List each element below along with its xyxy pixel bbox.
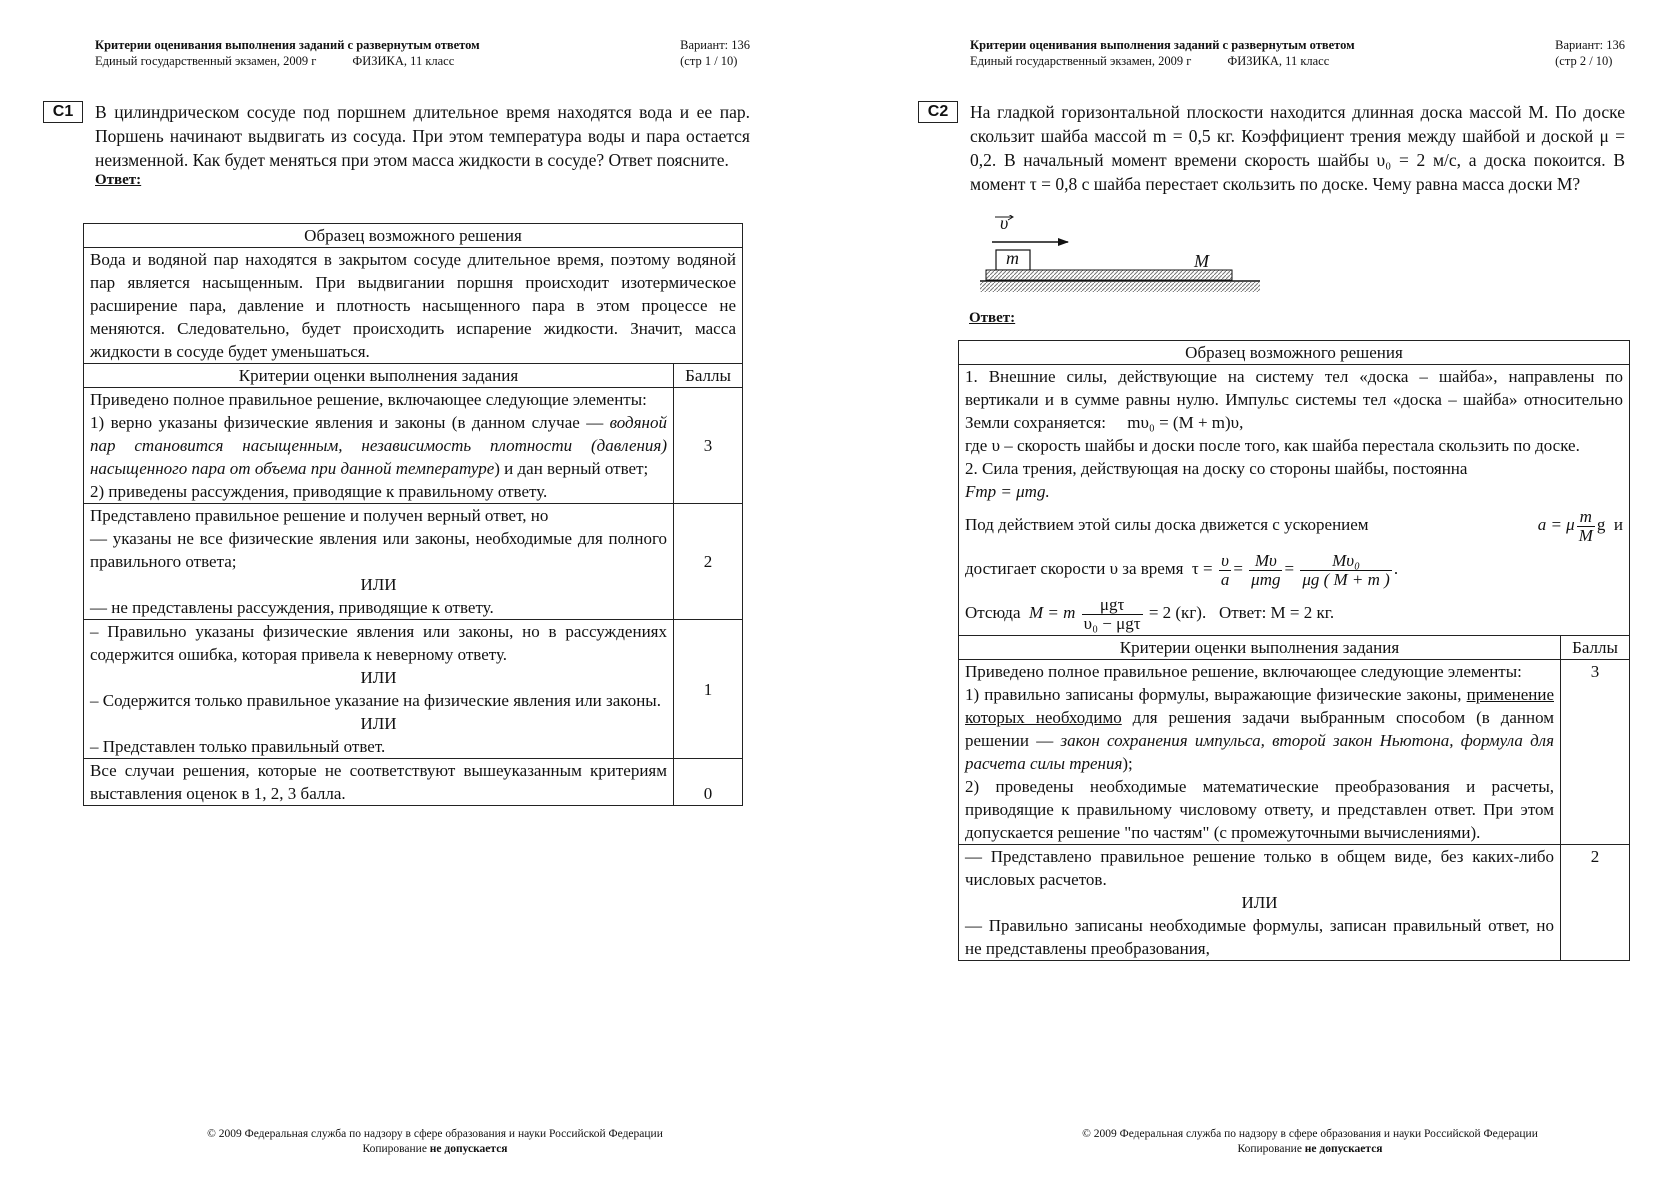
criteria-text: — Правильно записаны необходимые формулы… bbox=[965, 914, 1554, 960]
criteria-text: — указаны не все физические явления или … bbox=[90, 527, 667, 573]
score-column-header: Баллы bbox=[1561, 636, 1630, 660]
solution-text: где υ – скорость шайбы и доски после тог… bbox=[965, 434, 1623, 457]
or-separator: ИЛИ bbox=[90, 573, 667, 596]
header-page-number: (стр 2 / 10) bbox=[1555, 53, 1625, 69]
solution-body: 1. Внешние силы, действующие на систему … bbox=[959, 365, 1630, 636]
criteria-row: Приведено полное правильное решение, вкл… bbox=[959, 660, 1630, 845]
header-exam: Единый государственный экзамен, 2009 г bbox=[970, 54, 1191, 68]
solution-criteria-table: Образец возможного решения Вода и водяно… bbox=[83, 223, 743, 806]
velocity-label: υ bbox=[1000, 213, 1008, 234]
solution-heading: Образец возможного решения bbox=[959, 341, 1630, 365]
task-text: В цилиндрическом сосуде под поршнем длит… bbox=[95, 100, 750, 172]
or-separator: ИЛИ bbox=[90, 666, 667, 689]
board-label: M bbox=[1194, 251, 1209, 272]
criteria-column-header: Критерии оценки выполнения задания bbox=[84, 364, 674, 388]
criteria-row: – Правильно указаны физические явления и… bbox=[84, 620, 743, 759]
solution-text: Вода и водяной пар находятся в закрытом … bbox=[84, 248, 743, 364]
header-subject: ФИЗИКА, 11 класс bbox=[1227, 54, 1329, 68]
criteria-row: — Представлено правильное решение только… bbox=[959, 845, 1630, 961]
criteria-row: Приведено полное правильное решение, вкл… bbox=[84, 388, 743, 504]
friction-formula: Fтр = μmg. bbox=[965, 480, 1623, 503]
solution-heading: Образец возможного решения bbox=[84, 224, 743, 248]
task-id-badge: C1 bbox=[43, 101, 83, 123]
score-value: 2 bbox=[1561, 845, 1630, 961]
answer-label: Ответ: bbox=[95, 172, 750, 189]
criteria-row: Представлено правильное решение и получе… bbox=[84, 504, 743, 620]
task-text: На гладкой горизонтальной плоскости нахо… bbox=[970, 100, 1625, 196]
final-answer: Ответ: M = 2 кг. bbox=[1219, 603, 1334, 622]
page-header: Критерии оценивания выполнения заданий с… bbox=[95, 37, 750, 69]
page-1: Критерии оценивания выполнения заданий с… bbox=[85, 0, 885, 1187]
criteria-text: – Содержится только правильное указание … bbox=[90, 689, 667, 712]
score-value: 2 bbox=[674, 504, 743, 620]
score-value: 3 bbox=[674, 388, 743, 504]
criteria-column-header: Критерии оценки выполнения задания bbox=[959, 636, 1561, 660]
solution-step-2: 2. Сила трения, действующая на доску со … bbox=[965, 457, 1623, 480]
header-exam: Единый государственный экзамен, 2009 г bbox=[95, 54, 316, 68]
answer-label: Ответ: bbox=[969, 310, 1015, 327]
criteria-text: 2) приведены рассуждения, приводящие к п… bbox=[90, 480, 667, 503]
header-variant: Вариант: 136 bbox=[1555, 37, 1625, 53]
copy-notice: Копирование не допускается bbox=[960, 1142, 1660, 1157]
time-formula-line: достигает скорости υ за время τ = υa= Mυ… bbox=[965, 547, 1623, 591]
result-formula-line: Отсюда M = m μgτυ₀ − μgτ = 2 (кг). Ответ… bbox=[965, 591, 1623, 635]
task-c1: C1 В цилиндрическом сосуде под поршнем д… bbox=[95, 100, 750, 189]
task-id-badge: C2 bbox=[918, 101, 958, 123]
criteria-text: — не представлены рассуждения, приводящи… bbox=[90, 596, 667, 619]
criteria-text: – Представлен только правильный ответ. bbox=[90, 735, 667, 758]
acceleration-line: Под действием этой силы доска движется с… bbox=[965, 503, 1623, 547]
score-value: 3 bbox=[1561, 660, 1630, 845]
score-value: 0 bbox=[674, 759, 743, 806]
criteria-text: Приведено полное правильное решение, вкл… bbox=[90, 388, 667, 411]
header-title: Критерии оценивания выполнения заданий с… bbox=[95, 37, 750, 53]
page-2: Критерии оценивания выполнения заданий с… bbox=[960, 0, 1664, 1187]
header-page-number: (стр 1 / 10) bbox=[680, 53, 750, 69]
criteria-row: Все случаи решения, которые не соответст… bbox=[84, 759, 743, 806]
or-separator: ИЛИ bbox=[90, 712, 667, 735]
criteria-text: – Правильно указаны физические явления и… bbox=[90, 620, 667, 666]
header-variant: Вариант: 136 bbox=[680, 37, 750, 53]
header-subject: ФИЗИКА, 11 класс bbox=[352, 54, 454, 68]
page-footer: © 2009 Федеральная служба по надзору в с… bbox=[960, 1127, 1660, 1157]
criteria-text: — Представлено правильное решение только… bbox=[965, 845, 1554, 891]
solution-criteria-table: Образец возможного решения 1. Внешние си… bbox=[958, 340, 1630, 961]
or-separator: ИЛИ bbox=[965, 891, 1554, 914]
copyright-text: © 2009 Федеральная служба по надзору в с… bbox=[960, 1127, 1660, 1142]
copy-notice: Копирование не допускается bbox=[85, 1142, 785, 1157]
criteria-text: 1) правильно записаны формулы, выражающи… bbox=[965, 683, 1554, 775]
task-c2: C2 На гладкой горизонтальной плоскости н… bbox=[970, 100, 1625, 196]
criteria-text: Все случаи решения, которые не соответст… bbox=[84, 759, 674, 806]
criteria-text: 2) проведены необходимые математические … bbox=[965, 775, 1554, 844]
solution-step-1: 1. Внешние силы, действующие на систему … bbox=[965, 365, 1623, 434]
puck-label: m bbox=[1006, 248, 1019, 269]
copyright-text: © 2009 Федеральная служба по надзору в с… bbox=[85, 1127, 785, 1142]
criteria-text: 1) верно указаны физические явления и за… bbox=[90, 411, 667, 480]
criteria-text: Представлено правильное решение и получе… bbox=[90, 504, 667, 527]
criteria-text: Приведено полное правильное решение, вкл… bbox=[965, 660, 1554, 683]
score-column-header: Баллы bbox=[674, 364, 743, 388]
board-puck-diagram: υ m M bbox=[970, 215, 1270, 300]
header-title: Критерии оценивания выполнения заданий с… bbox=[970, 37, 1625, 53]
page-footer: © 2009 Федеральная служба по надзору в с… bbox=[85, 1127, 785, 1157]
page-header: Критерии оценивания выполнения заданий с… bbox=[970, 37, 1625, 69]
score-value: 1 bbox=[674, 620, 743, 759]
